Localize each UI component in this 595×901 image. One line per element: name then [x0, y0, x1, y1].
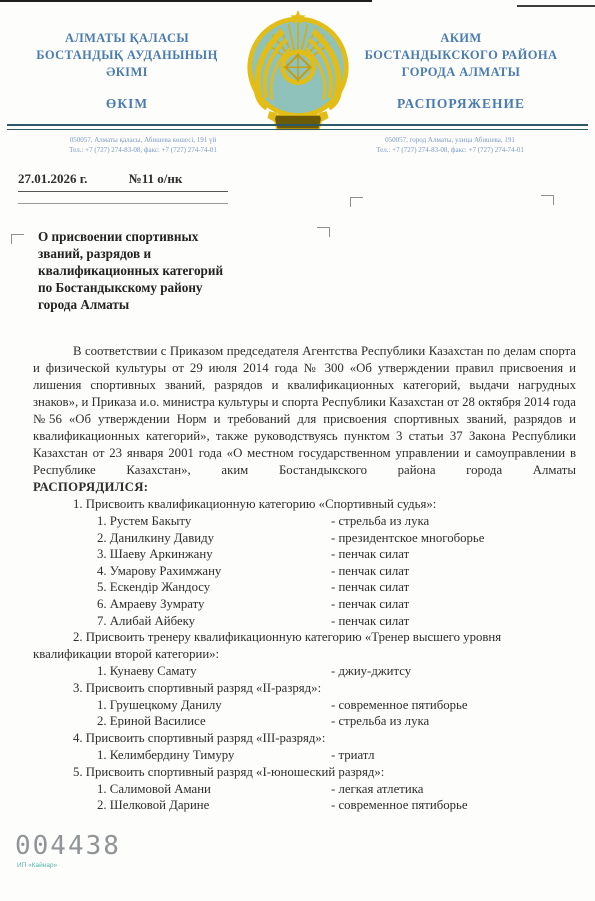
document-date: 27.01.2026 г.: [18, 171, 87, 186]
section-heading: 5. Присвоить спортивный разряд «I-юношес…: [33, 764, 576, 781]
section-heading: 4. Присвоить спортивный разряд «III-разр…: [33, 730, 576, 747]
entry-row: 1. Салимовой Амани - легкая атлетика: [33, 781, 576, 798]
section-heading: 3. Присвоить спортивный разряд «II-разря…: [33, 680, 576, 697]
meta-row: 27.01.2026 г. №11 о/нк: [18, 171, 228, 192]
entry-name: 3. Шаеву Аркинжану: [97, 546, 331, 563]
order-section-5: 5. Присвоить спортивный разряд «I-юношес…: [33, 764, 576, 814]
doc-type-kazakh: ӨКІМ: [12, 96, 242, 112]
header-separator-thin: [7, 129, 588, 130]
resolved-label: РАСПОРЯДИЛСЯ:: [33, 479, 576, 496]
header-separator-thick: [7, 124, 588, 126]
order-section-4: 4. Присвоить спортивный разряд «III-разр…: [33, 730, 576, 764]
section-heading: 1. Присвоить квалификационную категорию …: [33, 496, 576, 513]
letterhead-kazakh-title: АЛМАТЫ ҚАЛАСЫ БОСТАНДЫҚ АУДАНЫНЫҢ ӘКІМІ: [12, 30, 242, 81]
entry-sport: - пенчак силат: [331, 563, 576, 580]
entry-row: 5. Ескендір Жандосу - пенчак силат: [33, 579, 576, 596]
entry-name: 2. Ериной Василисе: [97, 713, 331, 730]
entry-sport: - стрельба из лука: [331, 513, 576, 530]
preamble-paragraph: В соответствии с Приказом председателя А…: [33, 343, 576, 479]
entry-row: 1. Келимбердину Тимуру - триатл: [33, 747, 576, 764]
entry-sport: - стрельба из лука: [331, 713, 576, 730]
entry-row: 1. Грушецкому Данилу - современное пятиб…: [33, 697, 576, 714]
entry-sport: - пенчак силат: [331, 596, 576, 613]
doc-type-russian: РАСПОРЯЖЕНИЕ: [338, 96, 584, 112]
entry-sport: - джиу-джитсу: [331, 663, 576, 680]
entry-sport: - современное пятиборье: [331, 697, 576, 714]
address-kazakh: 050057, Алматы қаласы, Абишева көшесі, 1…: [18, 136, 268, 155]
entry-name: 6. Амраеву Зумрату: [97, 596, 331, 613]
entry-name: 4. Умарову Рахимжану: [97, 563, 331, 580]
entry-row: 7. Алибай Айбеку - пенчак силат: [33, 613, 576, 630]
entry-row: 1. Кунаеву Самату - джиу-джитсу: [33, 663, 576, 680]
section-heading: 2. Присвоить тренеру квалификационную ка…: [33, 629, 576, 663]
entry-name: 2. Шелковой Дарине: [97, 797, 331, 814]
document-title: О присвоении спортивных званий, разрядов…: [38, 228, 338, 313]
entry-row: 6. Амраеву Зумрату - пенчак силат: [33, 596, 576, 613]
registration-mark: [350, 197, 363, 207]
order-section-2: 2. Присвоить тренеру квалификационную ка…: [33, 629, 576, 680]
entry-name: 7. Алибай Айбеку: [97, 613, 331, 630]
document-page: АЛМАТЫ ҚАЛАСЫ БОСТАНДЫҚ АУДАНЫНЫҢ ӘКІМІ …: [0, 0, 595, 901]
registration-mark: [541, 195, 554, 205]
scan-artifact-top-left: [0, 0, 372, 2]
kazakhstan-coat-of-arms-icon: [240, 8, 356, 136]
form-serial-number: 004438: [15, 831, 121, 861]
address-russian: 050057, город Алматы, улица Абишева, 191…: [330, 136, 570, 155]
entry-sport: - пенчак силат: [331, 579, 576, 596]
entry-name: 1. Салимовой Амани: [97, 781, 331, 798]
entry-name: 1. Грушецкому Данилу: [97, 697, 331, 714]
letterhead-russian-title: АКИМ БОСТАНДЫКСКОГО РАЙОНА ГОРОДА АЛМАТЫ: [338, 30, 584, 81]
entry-name: 1. Кунаеву Самату: [97, 663, 331, 680]
entry-row: 1. Рустем Бакыту - стрельба из лука: [33, 513, 576, 530]
entry-sport: - легкая атлетика: [331, 781, 576, 798]
scan-artifact-top-right: [517, 5, 595, 7]
entry-row: 2. Данилкину Давиду - президентское мног…: [33, 530, 576, 547]
order-section-3: 3. Присвоить спортивный разряд «II-разря…: [33, 680, 576, 730]
entry-row: 3. Шаеву Аркинжану - пенчак силат: [33, 546, 576, 563]
order-section-1: 1. Присвоить квалификационную категорию …: [33, 496, 576, 629]
document-body: В соответствии с Приказом председателя А…: [33, 343, 576, 814]
meta-underline: [18, 203, 228, 204]
entry-name: 1. Рустем Бакыту: [97, 513, 331, 530]
entry-name: 5. Ескендір Жандосу: [97, 579, 331, 596]
entry-sport: - триатл: [331, 747, 576, 764]
entry-sport: - современное пятиборье: [331, 797, 576, 814]
registration-mark: [11, 234, 24, 244]
entry-row: 2. Шелковой Дарине - современное пятибор…: [33, 797, 576, 814]
entry-sport: - пенчак силат: [331, 546, 576, 563]
document-number: №11 о/нк: [129, 171, 183, 186]
entry-name: 2. Данилкину Давиду: [97, 530, 331, 547]
entry-sport: - пенчак силат: [331, 613, 576, 630]
entry-name: 1. Келимбердину Тимуру: [97, 747, 331, 764]
printer-imprint: ИП «Кайнар»: [17, 862, 57, 869]
entry-row: 4. Умарову Рахимжану - пенчак силат: [33, 563, 576, 580]
entry-sport: - президентское многоборье: [331, 530, 576, 547]
entry-row: 2. Ериной Василисе - стрельба из лука: [33, 713, 576, 730]
